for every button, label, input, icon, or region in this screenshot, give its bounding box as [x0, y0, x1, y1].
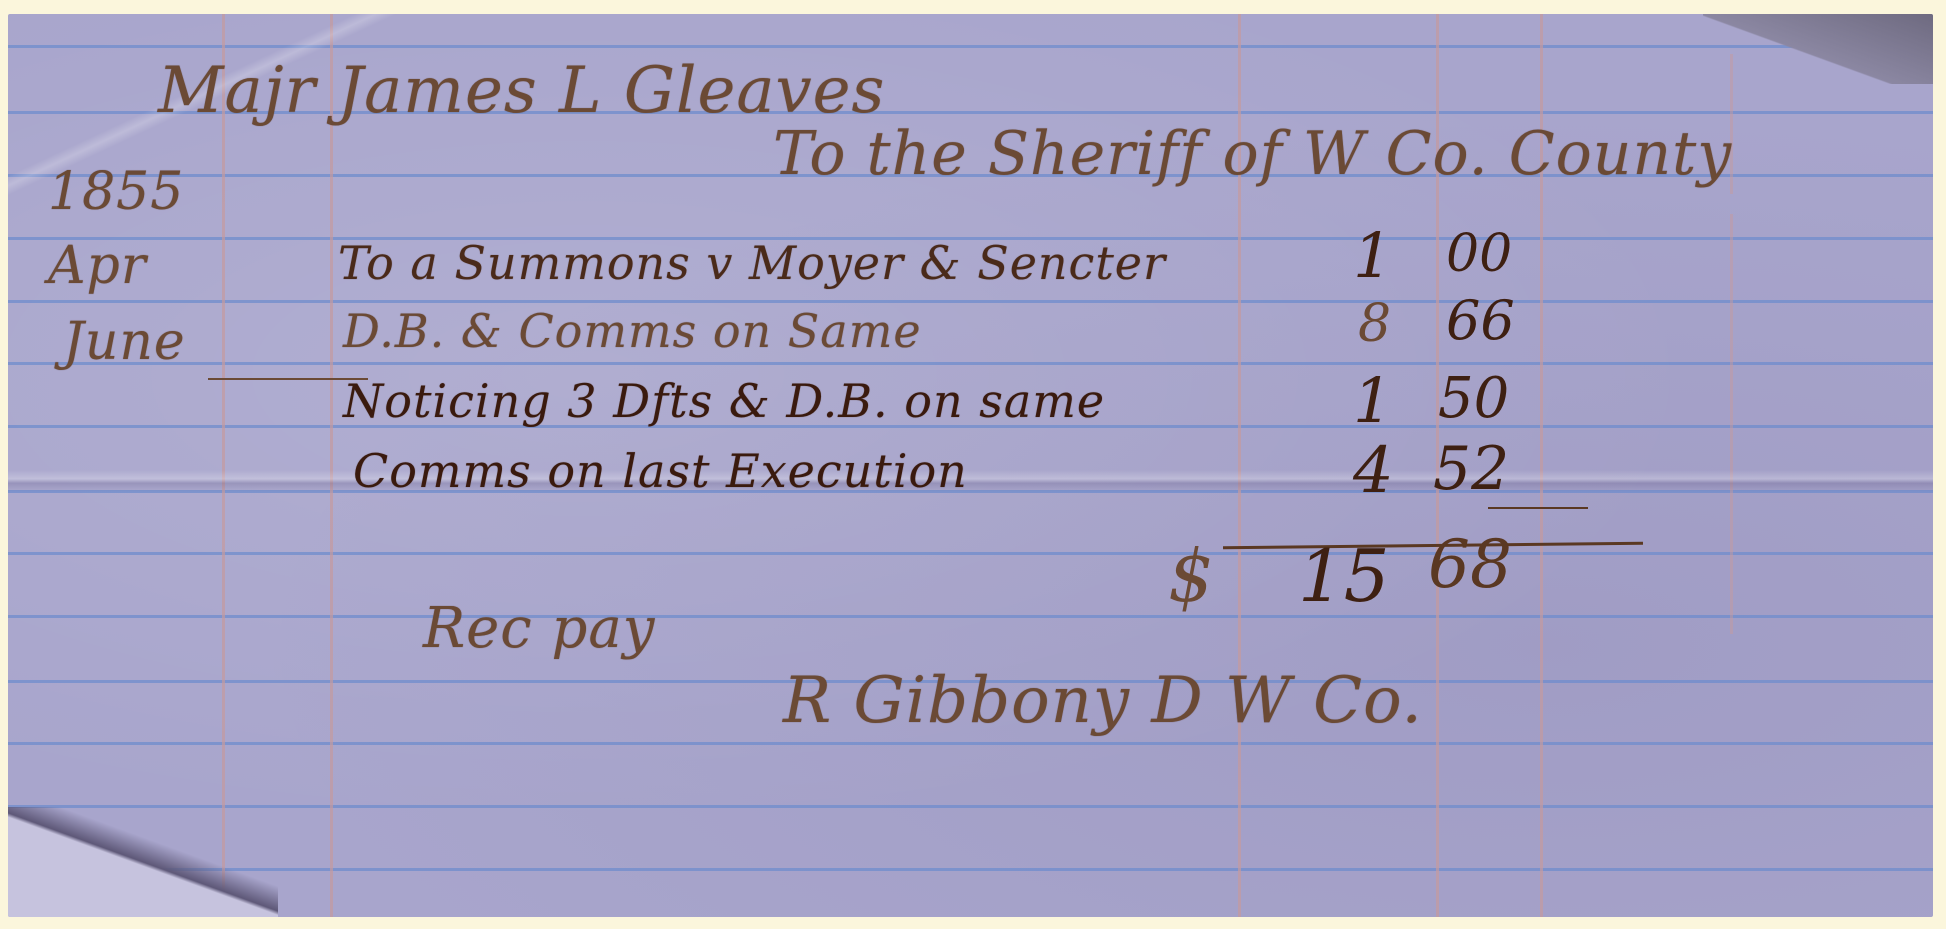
ruled-line [8, 362, 1933, 365]
line-item-cents: 52 [1433, 434, 1509, 504]
line-item-description: Noticing 3 Dfts & D.B. on same [343, 374, 1105, 428]
line-item-cents: 50 [1438, 366, 1509, 431]
line-item-dollars: 1 [1353, 364, 1392, 437]
ruled-line [8, 615, 1933, 618]
sum-underline [1488, 507, 1588, 509]
line-item-cents: 66 [1446, 289, 1515, 352]
margin-line [330, 14, 333, 917]
line-item-description: Comms on last Execution [353, 444, 968, 498]
total-dollars: 15 [1298, 534, 1390, 618]
line-item-description: D.B. & Comms on Same [343, 304, 922, 358]
signature: R Gibbony D W Co. [783, 664, 1423, 738]
total-currency-symbol: $ [1168, 534, 1214, 618]
line-item-dollars: 4 [1353, 434, 1394, 508]
receipt-note: Rec pay [423, 596, 655, 661]
line-item-cents: 00 [1446, 224, 1512, 284]
line-item-dollars: 1 [1353, 219, 1392, 292]
addressee: Majr James L Gleaves [158, 54, 885, 128]
margin-line [222, 14, 225, 917]
ruled-line [8, 868, 1933, 871]
ruled-line [8, 742, 1933, 745]
date-month-june: June [63, 312, 186, 372]
creditor-line: To the Sheriff of W Co. County [773, 119, 1732, 189]
dog-eared-corner [8, 807, 278, 917]
date-year: 1855 [48, 162, 184, 222]
ruled-line [8, 805, 1933, 808]
column-line [1730, 214, 1733, 634]
ruled-line [8, 552, 1933, 555]
paper-fold [8, 470, 1933, 492]
line-item-dollars: 8 [1358, 294, 1391, 354]
line-item-description: To a Summons v Moyer & Sencter [338, 236, 1166, 290]
folded-corner [1703, 14, 1933, 84]
document-paper: Majr James L Gleaves To the Sheriff of W… [8, 14, 1933, 917]
total-cents: 68 [1428, 526, 1512, 603]
ruled-line [8, 300, 1933, 303]
date-month-apr: Apr [48, 236, 147, 296]
